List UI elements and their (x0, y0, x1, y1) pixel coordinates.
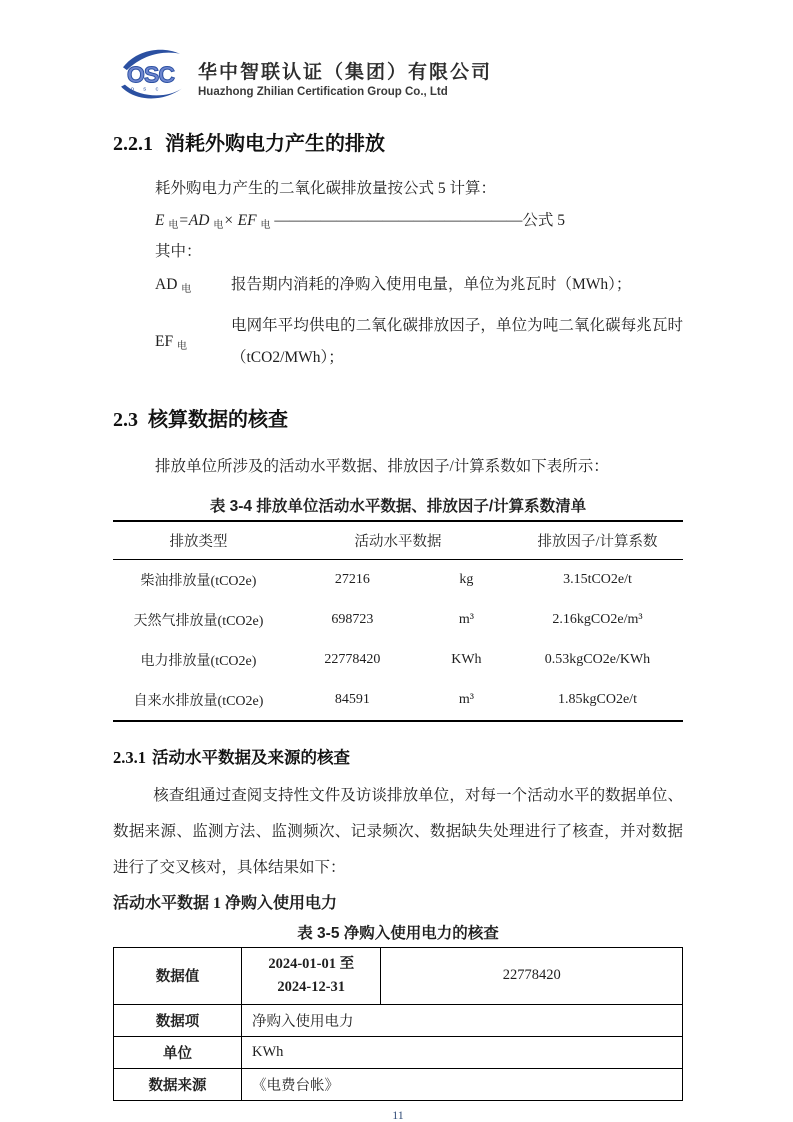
term-symbol-sub: 电 (181, 284, 191, 295)
table-3-5: 数据值 2024-01-01 至 2024-12-31 22778420 数据项… (113, 947, 683, 1101)
cell-row-label: 单位 (114, 1037, 242, 1069)
term-symbol-sub: 电 (177, 341, 187, 352)
cell-value: 27216 (284, 559, 421, 600)
company-name-en: Huazhong Zhilian Certification Group Co.… (198, 86, 492, 98)
period-line-2: 2024-12-31 (250, 976, 372, 999)
term-symbol-text: EF (155, 333, 173, 350)
table-row: 天然气排放量(tCO2e) 698723 m³ 2.16kgCO2e/m³ (113, 600, 683, 640)
table-3-4: 排放类型 活动水平数据 排放因子/计算系数 柴油排放量(tCO2e) 27216… (113, 520, 683, 722)
section-heading-2-2-1: 2.2.1消耗外购电力产生的排放 (113, 127, 683, 156)
term-description: 报告期内消耗的净购入使用电量，单位为兆瓦时（MWh）； (231, 269, 683, 302)
term-row-ef: EF 电 电网年平均供电的二氧化碳排放因子，单位为吨二氧化碳每兆瓦时（tCO2/… (113, 310, 683, 375)
cell-factor: 1.85kgCO2e/t (512, 680, 683, 721)
table-row: 自来水排放量(tCO2e) 84591 m³ 1.85kgCO2e/t (113, 680, 683, 721)
activity-data-heading: 活动水平数据 1 净购入使用电力 (113, 890, 683, 913)
cell-unit: m³ (421, 680, 512, 721)
section-number: 2.3 (113, 409, 138, 431)
cell-value: 84591 (284, 680, 421, 721)
company-header: OSC o s c 华中智联认证（集团）有限公司 Huazhong Zhilia… (0, 0, 793, 109)
intro-sentence: 耗外购电力产生的二氧化碳排放量按公式 5 计算： (113, 176, 683, 198)
formula-sub: 电 (261, 220, 271, 231)
formula-times: × EF (223, 212, 256, 229)
osc-logo-icon: OSC o s c (118, 46, 186, 109)
cell-value: 698723 (284, 600, 421, 640)
table-row: 数据来源 《电费台帐》 (114, 1069, 683, 1101)
cell-unit-value: KWh (242, 1037, 683, 1069)
para-2-3: 排放单位所涉及的活动水平数据、排放因子/计算系数如下表所示： (113, 454, 683, 476)
table-row: 数据项 净购入使用电力 (114, 1005, 683, 1037)
formula-label: 公式 5 (522, 212, 565, 229)
table-row: 柴油排放量(tCO2e) 27216 kg 3.15tCO2e/t (113, 559, 683, 600)
para-2-3-1: 核查组通过查阅支持性文件及访谈排放单位，对每一个活动水平的数据单位、数据来源、监… (113, 778, 683, 886)
section-title: 消耗外购电力产生的排放 (165, 133, 385, 155)
table-row: 单位 KWh (114, 1037, 683, 1069)
term-symbol-text: AD (155, 276, 177, 293)
cell-data-source: 《电费台帐》 (242, 1069, 683, 1101)
cell-value: 22778420 (284, 640, 421, 680)
cell-emission-type: 柴油排放量(tCO2e) (113, 559, 284, 600)
column-header-activity: 活动水平数据 (284, 521, 512, 560)
cell-factor: 3.15tCO2e/t (512, 559, 683, 600)
period-line-1: 2024-01-01 至 (250, 953, 372, 976)
company-names: 华中智联认证（集团）有限公司 Huazhong Zhilian Certific… (198, 57, 492, 98)
cell-unit: m³ (421, 600, 512, 640)
column-header-factor: 排放因子/计算系数 (512, 521, 683, 560)
company-name-cn: 华中智联认证（集团）有限公司 (198, 57, 492, 84)
section-title: 核算数据的核查 (148, 409, 288, 431)
logo-monogram: OSC (127, 62, 176, 88)
cell-emission-type: 电力排放量(tCO2e) (113, 640, 284, 680)
cell-factor: 0.53kgCO2e/KWh (512, 640, 683, 680)
cell-row-label: 数据值 (114, 947, 242, 1004)
formula-eq: =AD (178, 212, 209, 229)
section-heading-2-3: 2.3核算数据的核查 (113, 403, 683, 432)
cell-unit: KWh (421, 640, 512, 680)
term-symbol: EF 电 (155, 333, 231, 352)
section-number: 2.2.1 (113, 133, 153, 155)
cell-unit: kg (421, 559, 512, 600)
term-row-ad: AD 电 报告期内消耗的净购入使用电量，单位为兆瓦时（MWh）； (113, 269, 683, 302)
term-description: 电网年平均供电的二氧化碳排放因子，单位为吨二氧化碳每兆瓦时（tCO2/MWh）； (231, 310, 683, 375)
cell-period: 2024-01-01 至 2024-12-31 (242, 947, 381, 1004)
column-header-type: 排放类型 (113, 521, 284, 560)
cell-emission-type: 自来水排放量(tCO2e) (113, 680, 284, 721)
formula-sub: 电 (168, 220, 178, 231)
table-row: 电力排放量(tCO2e) 22778420 KWh 0.53kgCO2e/KWh (113, 640, 683, 680)
cell-row-label: 数据项 (114, 1005, 242, 1037)
formula-var-e: E (155, 212, 164, 229)
cell-factor: 2.16kgCO2e/m³ (512, 600, 683, 640)
cell-data-item: 净购入使用电力 (242, 1005, 683, 1037)
section-title: 活动水平数据及来源的核查 (152, 748, 350, 767)
formula-dashes: ———————————————— (274, 212, 522, 229)
where-label: 其中： (113, 239, 683, 261)
section-number: 2.3.1 (113, 748, 146, 767)
section-heading-2-3-1: 2.3.1活动水平数据及来源的核查 (113, 744, 683, 768)
table-3-4-header-row: 排放类型 活动水平数据 排放因子/计算系数 (113, 521, 683, 560)
table-3-4-title: 表 3-4 排放单位活动水平数据、排放因子/计算系数清单 (113, 494, 683, 516)
formula-line: E 电=AD 电× EF 电 ————————————————公式 5 (113, 208, 683, 231)
table-3-5-title: 表 3-5 净购入使用电力的核查 (113, 921, 683, 943)
formula-sub: 电 (213, 220, 223, 231)
cell-emission-type: 天然气排放量(tCO2e) (113, 600, 284, 640)
cell-row-label: 数据来源 (114, 1069, 242, 1101)
term-symbol: AD 电 (155, 276, 231, 295)
document-page: OSC o s c 华中智联认证（集团）有限公司 Huazhong Zhilia… (0, 0, 793, 1122)
table-row: 数据值 2024-01-01 至 2024-12-31 22778420 (114, 947, 683, 1004)
page-number: 11 (113, 1108, 683, 1122)
cell-data-value: 22778420 (381, 947, 683, 1004)
